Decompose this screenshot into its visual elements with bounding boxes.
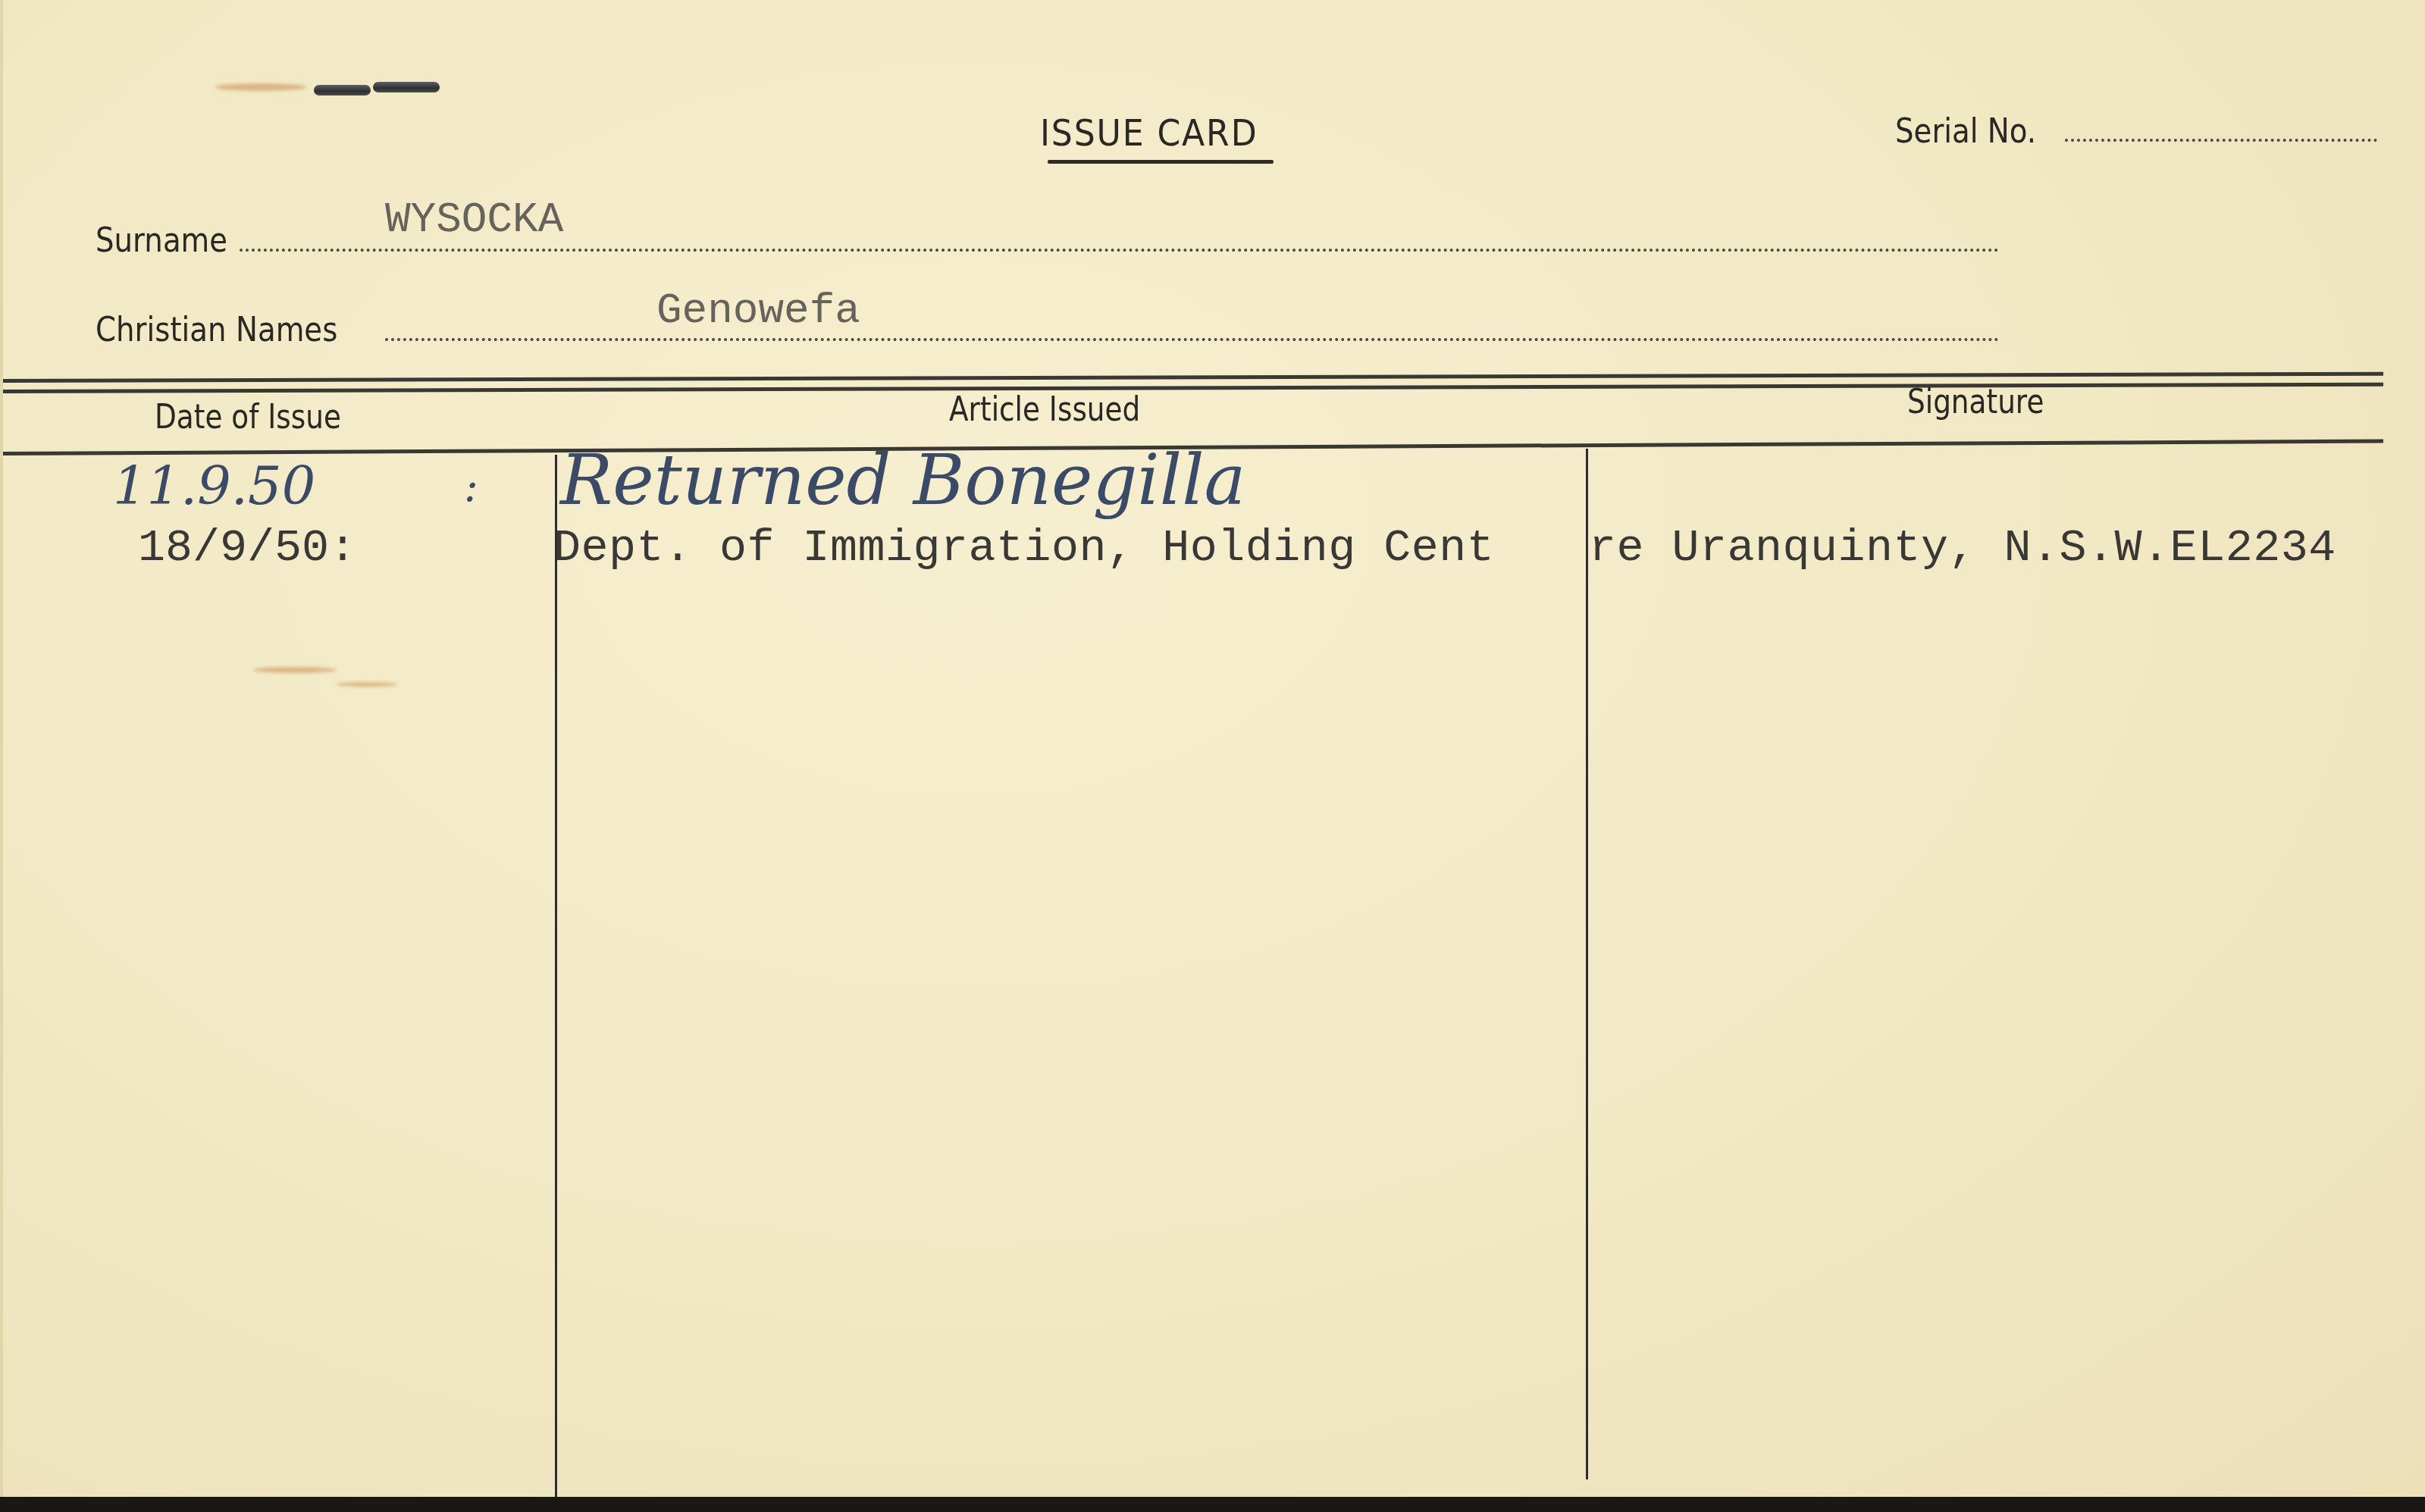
- rust-stain: [337, 682, 397, 687]
- header-article-issued: Article Issued: [949, 390, 1140, 429]
- scan-edge: [0, 1497, 2425, 1512]
- header-date-of-issue: Date of Issue: [155, 398, 341, 437]
- header-signature: Signature: [1907, 383, 2044, 421]
- serial-label: Serial No.: [1895, 112, 2036, 151]
- entry-1-separator: :: [464, 462, 478, 512]
- title-underline: [1048, 160, 1274, 164]
- column-divider-1: [555, 455, 557, 1497]
- entry-1-article: Returned Bonegilla: [560, 440, 1245, 521]
- issue-card: ISSUE CARD Serial No. Surname WYSOCKA Ch…: [0, 0, 2425, 1501]
- surname-label: Surname: [96, 221, 227, 260]
- double-rule-top: [3, 372, 2383, 383]
- surname-value: WYSOCKA: [385, 196, 563, 244]
- entry-2-signature: re Uranquinty, N.S.W.EL2234: [1589, 523, 2336, 574]
- staple-icon: [373, 82, 440, 92]
- card-title: ISSUE CARD: [1040, 112, 1258, 155]
- entry-2-date: 18/9/50:: [138, 523, 356, 574]
- serial-dotted-line: [2065, 139, 2377, 142]
- surname-dotted-line: [240, 249, 2000, 252]
- entry-2-article: Dept. of Immigration, Holding Cent: [553, 523, 1494, 574]
- column-divider-2: [1586, 449, 1588, 1479]
- staple-icon: [314, 85, 371, 95]
- christian-names-value: Genowefa: [656, 286, 860, 335]
- christian-names-dotted-line: [385, 338, 2000, 341]
- entry-1-date: 11.9.50: [113, 455, 315, 517]
- christian-names-label: Christian Names: [96, 311, 337, 349]
- rust-stain: [253, 667, 337, 673]
- rust-stain: [215, 83, 306, 91]
